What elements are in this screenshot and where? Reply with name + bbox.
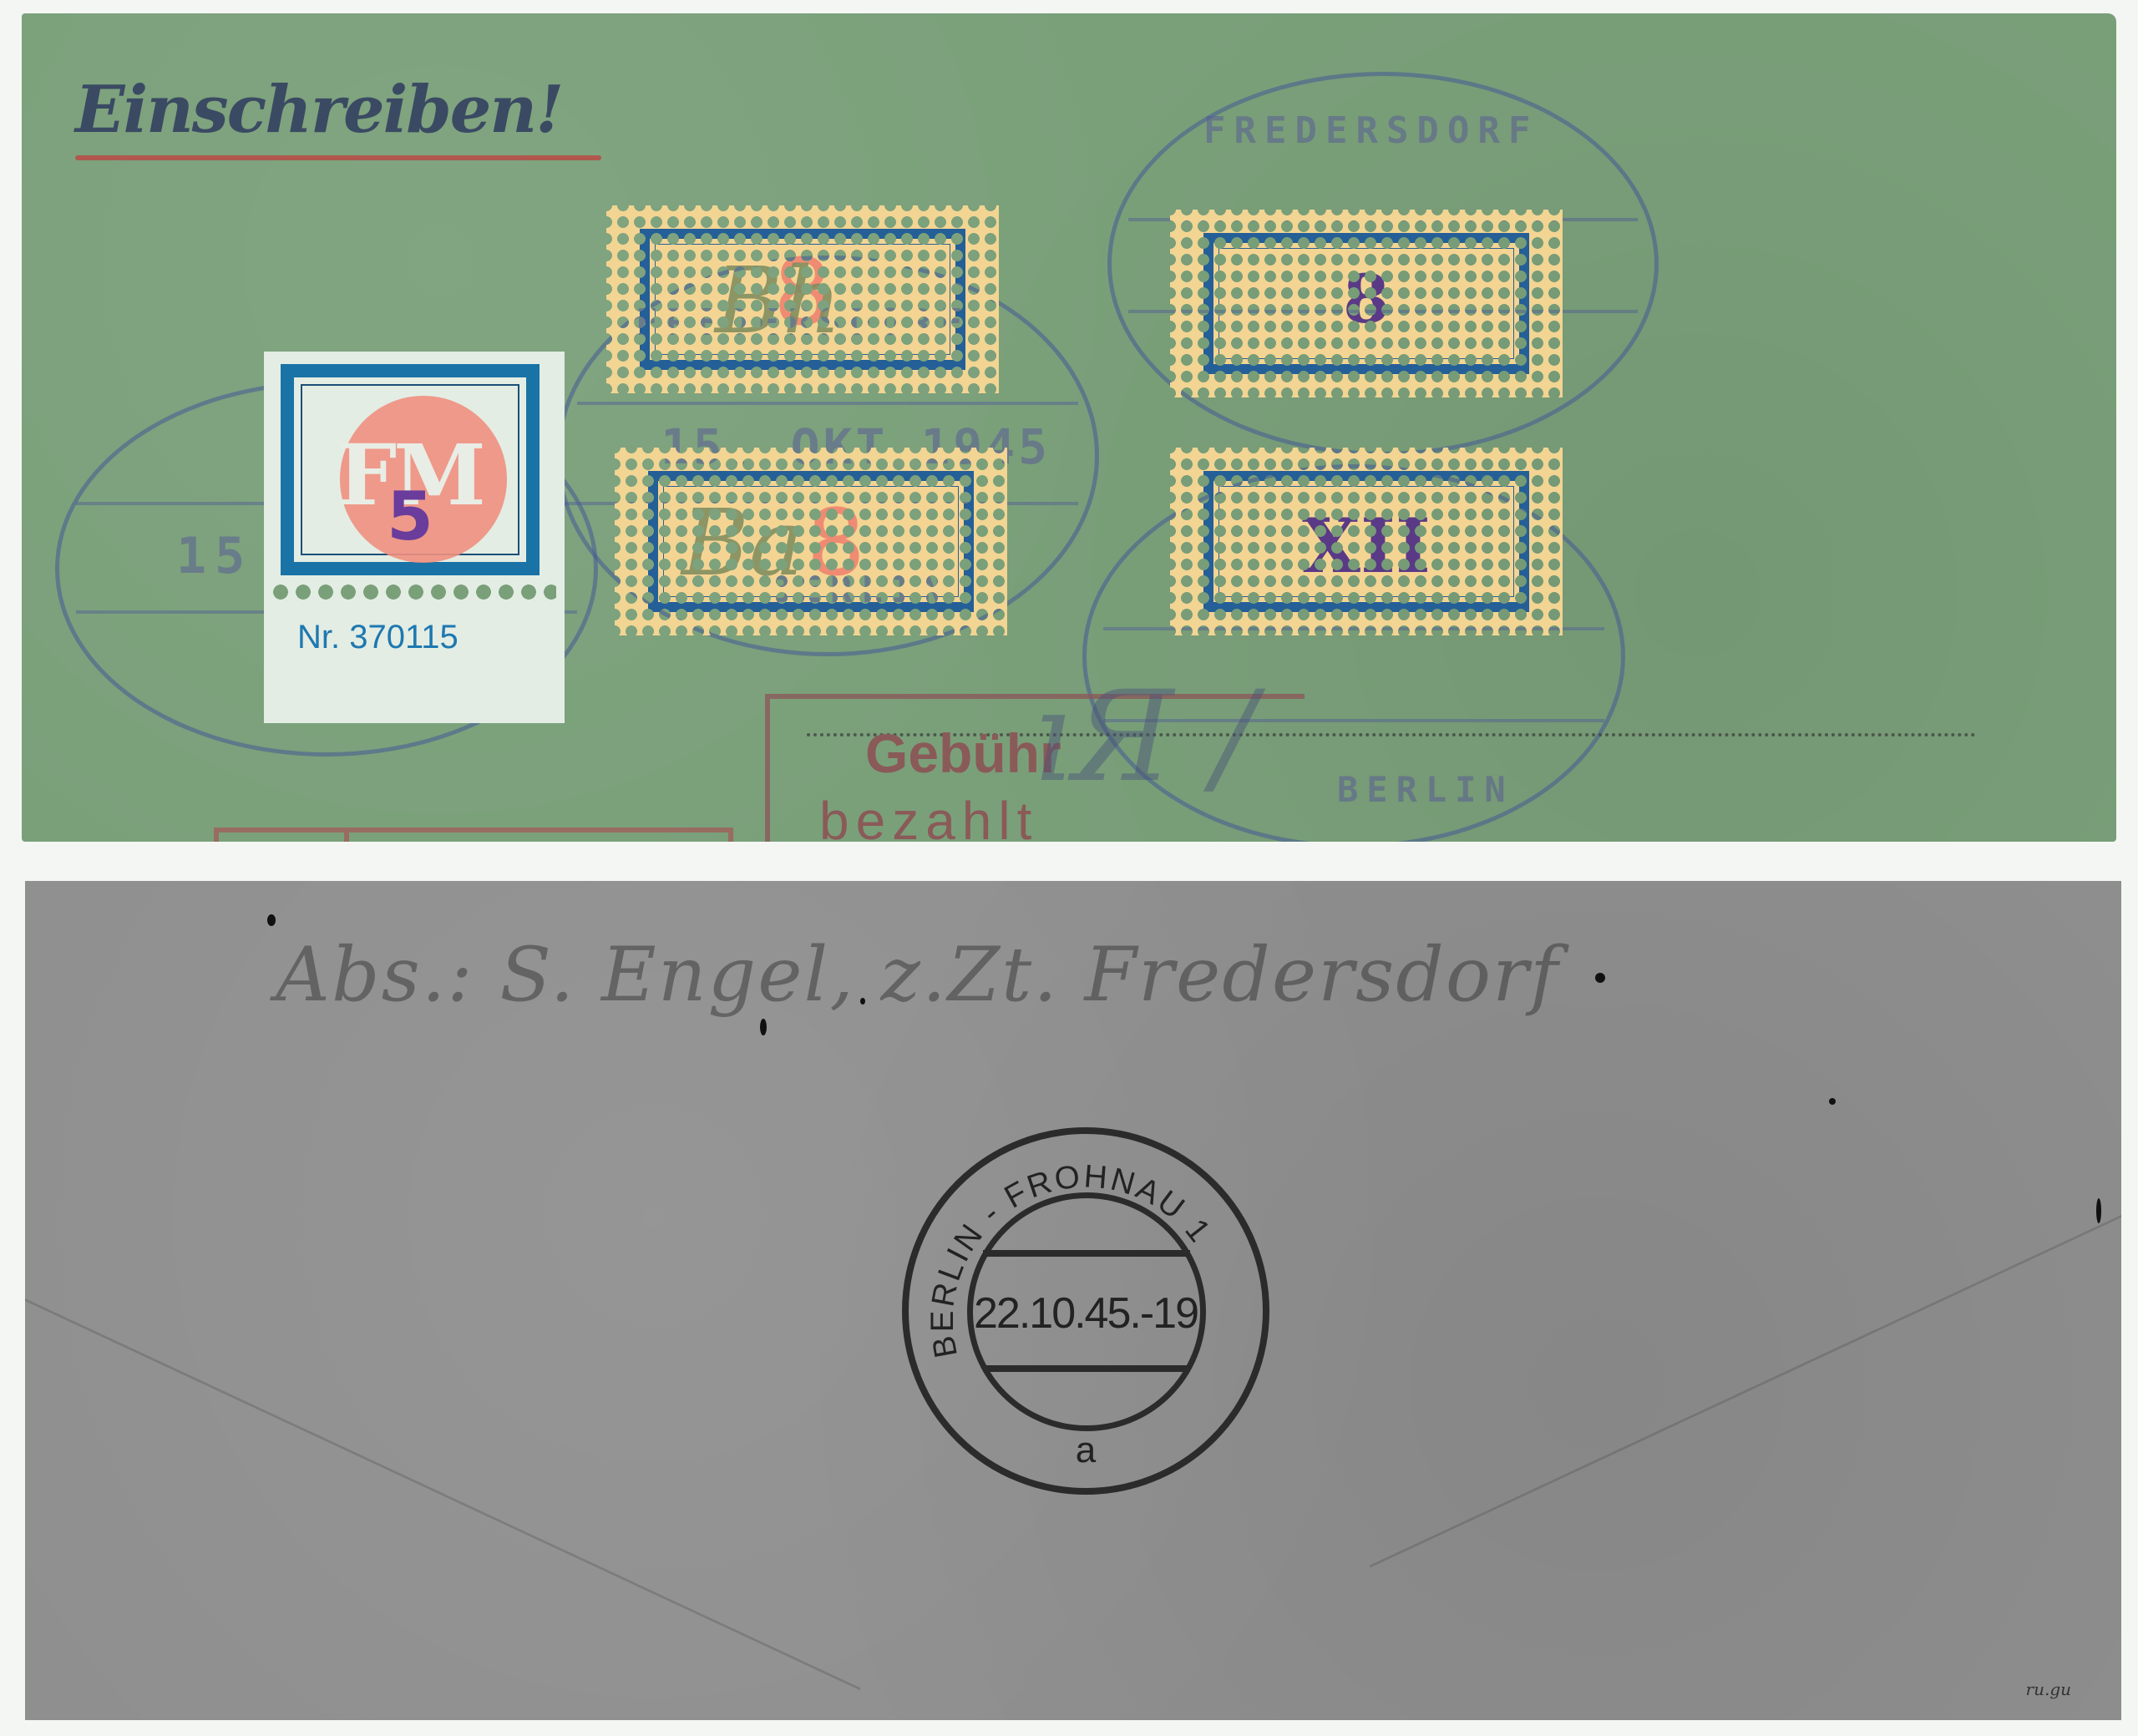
value-overprint: 8 xyxy=(1170,260,1563,338)
handwritten-registered-note: Einschreiben! xyxy=(75,72,562,148)
lower-form-box xyxy=(214,828,733,842)
red-underline xyxy=(75,155,601,160)
arrival-postmark: BERLIN - FROHNAU 1 22.10.45.-19 a xyxy=(902,1127,1269,1495)
corner-pencil-note: ru.gu xyxy=(2026,1679,2071,1699)
yellow-stamp-top-left: 8 Bh xyxy=(606,205,999,393)
yellow-stamp-bottom-right: XII xyxy=(1170,448,1563,635)
fm-stamp-frame: FM 5 xyxy=(281,364,540,575)
arrival-date: 22.10.45.-19 xyxy=(909,1288,1263,1339)
yellow-stamp-top-right: 8 xyxy=(1170,210,1563,397)
postmark-sub-letter: a xyxy=(909,1430,1263,1471)
perforation-row xyxy=(272,584,556,600)
yellow-stamp-bottom-left: 8 Ba xyxy=(615,448,1007,635)
value-overprint: XII xyxy=(1170,502,1563,590)
cover-back: Abs.: S. Engel, z.Zt. Fredersdorf BERLIN… xyxy=(25,881,2121,1720)
pencil-marks: ıЯ / xyxy=(1032,665,1255,810)
sender-handwritten-note: Abs.: S. Engel, z.Zt. Fredersdorf xyxy=(276,931,1559,1019)
cover-front: Einschreiben! BERLIN 15. FREDERSDORF 15.… xyxy=(22,13,2116,842)
sheet-number: Nr. 370115 xyxy=(297,619,459,656)
fm-stamp: FM 5 Nr. 370115 xyxy=(264,352,565,723)
fee-paid-line2: bezahlt xyxy=(819,790,1038,842)
fm-value-overprint: 5 xyxy=(294,478,526,555)
